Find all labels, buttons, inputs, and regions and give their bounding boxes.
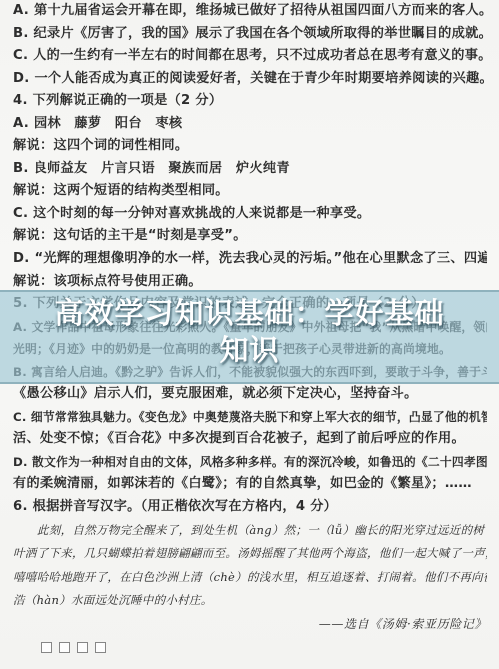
option-line: D. “光辉的理想像明净的水一样，洗去我心灵的污垢。”他在心里默念了三、四遍。	[13, 248, 487, 271]
option-line: B. 纪录片《厉害了，我的国》展示了我国在各个领域所取得的举世瞩目的成就。	[13, 23, 487, 46]
answer-boxes-row	[13, 636, 487, 660]
option-line: B. 良师益友 片言只语 聚族而居 炉火纯青	[13, 158, 487, 181]
answer-box	[95, 642, 106, 653]
option-line: A. 园林 藤萝 阳台 枣核	[13, 113, 487, 136]
passage-line: 嘻嘻哈哈地跑开了，在白色沙洲上清（chè）的浅水里，相互追逐着、打闹着。他们不再…	[13, 566, 487, 590]
promo-banner-overlay[interactable]: 高效学习知识基础：学好基础 知识	[0, 290, 499, 384]
question-6-line: 6. 根据拼音写汉字。（用正楷依次写在方格内，4 分）	[13, 496, 487, 519]
option-line: A. 第十九届省运会开幕在即，维扬城已做好了招待从祖国四面八方而来的客人。	[13, 0, 487, 23]
answer-box	[59, 642, 70, 653]
passage-line: 此刻，自然万物完全醒来了，到处生机（àng）然；一（lǚ）幽长的阳光穿过远近的树	[13, 519, 487, 543]
option-line: D. 散文作为一种相对自由的文体，风格多种多样。有的深沉冷峻，如鲁迅的《二十四孝…	[13, 451, 487, 474]
option-line: D. 一个人能否成为真正的阅读爱好者，关键在于青少年时期要培养阅读的兴趣。	[13, 68, 487, 91]
banner-title-line2: 知识	[219, 332, 279, 369]
option-line-continuation: 活、处变不惊；《百合花》中多次提到百合花被子，起到了前后呼应的作用。	[13, 428, 487, 451]
passage-line: 浩（hàn）水面远处沉睡中的小村庄。	[13, 589, 487, 613]
answer-box	[41, 642, 52, 653]
explain-line: 解说：这句话的主干是“时刻是享受”。	[13, 225, 487, 248]
option-line-continuation: 《愚公移山》启示人们，要克服困难，就必须下定决心，坚持奋斗。	[13, 383, 487, 406]
banner-title-line1: 高效学习知识基础：学好基础	[54, 295, 444, 332]
option-line: C. 这个时刻的每一分钟对喜欢挑战的人来说都是一种享受。	[13, 203, 487, 226]
explain-line: 解说：这四个词的词性相同。	[13, 135, 487, 158]
option-line: C. 细节常常独具魅力。《变色龙》中奥楚蔑洛夫脱下和穿上军大衣的细节，凸显了他的…	[13, 406, 487, 429]
passage-line: 叶洒了下来，几只蝴蝶拍着翅膀翩翩而至。汤姆摇醒了其他两个海盗，他们一起大喊了一声…	[13, 542, 487, 566]
option-line: C. 人的一生约有一半左右的时间都在思考，只不过成功者总在思考有意义的事。	[13, 45, 487, 68]
question-4-line: 4. 下列解说正确的一项是（2 分）	[13, 90, 487, 113]
attribution-line: ——选自《汤姆·索亚历险记》	[13, 613, 487, 637]
exam-paper-page: A. 第十九届省运会开幕在即，维扬城已做好了招待从祖国四面八方而来的客人。 B.…	[0, 0, 499, 669]
explain-line: 解说：这两个短语的结构类型相同。	[13, 180, 487, 203]
option-line-continuation: 有的柔婉清丽，如郭沫若的《白鹭》；有的自然真挚，如巴金的《繁星》；……	[13, 473, 487, 496]
answer-box	[77, 642, 88, 653]
